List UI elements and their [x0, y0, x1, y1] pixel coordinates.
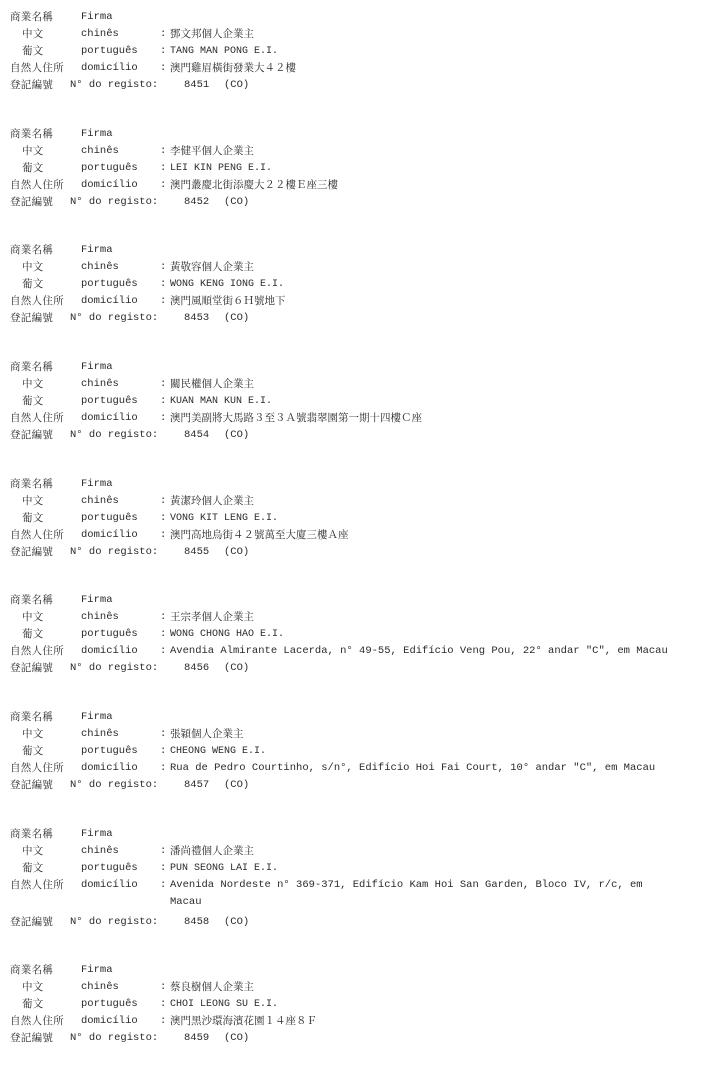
domicile-label-pt: domicílio	[81, 760, 138, 777]
domicile-address-continued: Macau	[170, 894, 202, 911]
registry-number: 8453	[184, 310, 209, 327]
registry-suffix: (CO)	[224, 194, 249, 211]
portuguese-label-pt: português	[81, 996, 138, 1013]
firm-label-zh: 商業名稱	[10, 592, 53, 609]
registry-label-zh: 登記編號	[10, 544, 53, 561]
colon: :	[160, 843, 166, 860]
portuguese-label-pt: português	[81, 743, 138, 760]
colon: :	[160, 743, 166, 760]
chinese-label-zh: 中文	[22, 726, 44, 743]
portuguese-label-zh: 葡文	[22, 626, 44, 643]
registry-number: 8454	[184, 427, 209, 444]
firm-label-zh: 商業名稱	[10, 476, 53, 493]
chinese-label-zh: 中文	[22, 843, 44, 860]
chinese-label-pt: chinês	[81, 259, 119, 276]
domicile-label-pt: domicílio	[81, 410, 138, 427]
domicile-address: Avenida Nordeste n° 369-371, Edifício Ka…	[170, 877, 643, 894]
registry-suffix: (CO)	[224, 660, 249, 677]
portuguese-label-pt: português	[81, 43, 138, 60]
registry-label-pt: N° do registo:	[70, 427, 158, 444]
registry-label-zh: 登記編號	[10, 660, 53, 677]
registry-label-zh: 登記編號	[10, 310, 53, 327]
portuguese-label-pt: português	[81, 860, 138, 877]
firm-label-zh: 商業名稱	[10, 709, 53, 726]
registry-number: 8459	[184, 1030, 209, 1047]
chinese-label-pt: chinês	[81, 493, 119, 510]
domicile-label-zh: 自然人住所	[10, 177, 64, 194]
registry-label-zh: 登記編號	[10, 914, 53, 931]
domicile-label-pt: domicílio	[81, 177, 138, 194]
domicile-label-zh: 自然人住所	[10, 527, 64, 544]
colon: :	[160, 996, 166, 1013]
domicile-label-pt: domicílio	[81, 60, 138, 77]
colon: :	[160, 979, 166, 996]
colon: :	[160, 760, 166, 777]
firm-label-zh: 商業名稱	[10, 9, 53, 26]
colon: :	[160, 43, 166, 60]
firm-name-chinese: 鄧文邦個人企業主	[170, 26, 254, 43]
registry-number: 8452	[184, 194, 209, 211]
colon: :	[160, 259, 166, 276]
firm-name-chinese: 張穎個人企業主	[170, 726, 244, 743]
firm-label-zh: 商業名稱	[10, 962, 53, 979]
firm-label-pt: Firma	[81, 126, 113, 143]
registry-suffix: (CO)	[224, 777, 249, 794]
portuguese-label-pt: português	[81, 393, 138, 410]
firm-name-portuguese: PUN SEONG LAI E.I.	[170, 860, 278, 877]
firm-label-zh: 商業名稱	[10, 242, 53, 259]
registry-label-zh: 登記編號	[10, 777, 53, 794]
registry-number: 8456	[184, 660, 209, 677]
domicile-label-pt: domicílio	[81, 293, 138, 310]
chinese-label-zh: 中文	[22, 26, 44, 43]
registry-label-pt: N° do registo:	[70, 777, 158, 794]
colon: :	[160, 393, 166, 410]
colon: :	[160, 643, 166, 660]
registry-suffix: (CO)	[224, 1030, 249, 1047]
registry-suffix: (CO)	[224, 310, 249, 327]
registry-label-zh: 登記編號	[10, 77, 53, 94]
firm-label-pt: Firma	[81, 592, 113, 609]
domicile-address: 澳門叢慶北街添慶大２２樓Ｅ座三樓	[170, 177, 338, 194]
colon: :	[160, 726, 166, 743]
portuguese-label-pt: português	[81, 626, 138, 643]
registry-label-zh: 登記編號	[10, 427, 53, 444]
portuguese-label-zh: 葡文	[22, 160, 44, 177]
colon: :	[160, 609, 166, 626]
domicile-label-zh: 自然人住所	[10, 877, 64, 894]
firm-name-chinese: 黃潔玲個人企業主	[170, 493, 254, 510]
firm-label-zh: 商業名稱	[10, 826, 53, 843]
colon: :	[160, 410, 166, 427]
firm-label-pt: Firma	[81, 709, 113, 726]
portuguese-label-zh: 葡文	[22, 43, 44, 60]
colon: :	[160, 860, 166, 877]
domicile-label-pt: domicílio	[81, 1013, 138, 1030]
portuguese-label-pt: português	[81, 510, 138, 527]
portuguese-label-zh: 葡文	[22, 996, 44, 1013]
portuguese-label-zh: 葡文	[22, 276, 44, 293]
domicile-label-zh: 自然人住所	[10, 1013, 64, 1030]
chinese-label-pt: chinês	[81, 979, 119, 996]
firm-name-portuguese: WONG CHONG HAO E.I.	[170, 626, 284, 643]
firm-name-portuguese: KUAN MAN KUN E.I.	[170, 393, 272, 410]
firm-label-zh: 商業名稱	[10, 359, 53, 376]
chinese-label-pt: chinês	[81, 726, 119, 743]
firm-name-chinese: 王宗孝個人企業主	[170, 609, 254, 626]
domicile-label-pt: domicílio	[81, 877, 138, 894]
firm-name-chinese: 關民權個人企業主	[170, 376, 254, 393]
domicile-address: 澳門黑沙環海濱花園１４座８Ｆ	[170, 1013, 317, 1030]
firm-name-chinese: 蔡良樹個人企業主	[170, 979, 254, 996]
domicile-label-zh: 自然人住所	[10, 410, 64, 427]
firm-label-zh: 商業名稱	[10, 126, 53, 143]
registry-suffix: (CO)	[224, 914, 249, 931]
portuguese-label-pt: português	[81, 276, 138, 293]
portuguese-label-pt: português	[81, 160, 138, 177]
colon: :	[160, 1013, 166, 1030]
firm-name-portuguese: CHOI LEONG SU E.I.	[170, 996, 278, 1013]
registry-number: 8451	[184, 77, 209, 94]
registry-label-pt: N° do registo:	[70, 1030, 158, 1047]
firm-name-portuguese: VONG KIT LENG E.I.	[170, 510, 278, 527]
colon: :	[160, 177, 166, 194]
chinese-label-zh: 中文	[22, 259, 44, 276]
chinese-label-pt: chinês	[81, 843, 119, 860]
chinese-label-pt: chinês	[81, 609, 119, 626]
registry-suffix: (CO)	[224, 544, 249, 561]
colon: :	[160, 626, 166, 643]
portuguese-label-zh: 葡文	[22, 510, 44, 527]
firm-label-pt: Firma	[81, 242, 113, 259]
registry-number: 8458	[184, 914, 209, 931]
firm-name-portuguese: LEI KIN PENG E.I.	[170, 160, 272, 177]
chinese-label-pt: chinês	[81, 26, 119, 43]
chinese-label-pt: chinês	[81, 143, 119, 160]
firm-name-chinese: 黃敬容個人企業主	[170, 259, 254, 276]
registry-label-pt: N° do registo:	[70, 77, 158, 94]
registry-label-pt: N° do registo:	[70, 544, 158, 561]
domicile-label-pt: domicílio	[81, 527, 138, 544]
domicile-address: 澳門高地烏街４２號萬至大廈三樓Ａ座	[170, 527, 349, 544]
portuguese-label-zh: 葡文	[22, 860, 44, 877]
colon: :	[160, 26, 166, 43]
colon: :	[160, 527, 166, 544]
domicile-label-zh: 自然人住所	[10, 643, 64, 660]
colon: :	[160, 143, 166, 160]
domicile-label-pt: domicílio	[81, 643, 138, 660]
colon: :	[160, 276, 166, 293]
domicile-label-zh: 自然人住所	[10, 60, 64, 77]
registry-suffix: (CO)	[224, 77, 249, 94]
chinese-label-zh: 中文	[22, 376, 44, 393]
colon: :	[160, 510, 166, 527]
registry-label-zh: 登記編號	[10, 194, 53, 211]
portuguese-label-zh: 葡文	[22, 393, 44, 410]
domicile-address: Rua de Pedro Courtinho, s/n°, Edifício H…	[170, 760, 655, 777]
colon: :	[160, 293, 166, 310]
domicile-label-zh: 自然人住所	[10, 293, 64, 310]
colon: :	[160, 160, 166, 177]
firm-label-pt: Firma	[81, 359, 113, 376]
registry-label-pt: N° do registo:	[70, 914, 158, 931]
domicile-address: Avendia Almirante Lacerda, n° 49-55, Edi…	[170, 643, 668, 660]
firm-label-pt: Firma	[81, 962, 113, 979]
firm-name-portuguese: CHEONG WENG E.I.	[170, 743, 266, 760]
domicile-address: 澳門風順堂街６Ｈ號地下	[170, 293, 286, 310]
domicile-address: 澳門美副將大馬路３至３Ａ號翡翠園第一期十四樓Ｃ座	[170, 410, 422, 427]
colon: :	[160, 493, 166, 510]
firm-name-chinese: 李健平個人企業主	[170, 143, 254, 160]
registry-label-pt: N° do registo:	[70, 660, 158, 677]
registry-number: 8457	[184, 777, 209, 794]
firm-name-portuguese: WONG KENG IONG E.I.	[170, 276, 284, 293]
registry-label-zh: 登記編號	[10, 1030, 53, 1047]
firm-label-pt: Firma	[81, 476, 113, 493]
firm-label-pt: Firma	[81, 826, 113, 843]
firm-name-chinese: 潘尚禮個人企業主	[170, 843, 254, 860]
domicile-label-zh: 自然人住所	[10, 760, 64, 777]
chinese-label-zh: 中文	[22, 493, 44, 510]
colon: :	[160, 60, 166, 77]
registry-label-pt: N° do registo:	[70, 194, 158, 211]
colon: :	[160, 376, 166, 393]
firm-name-portuguese: TANG MAN PONG E.I.	[170, 43, 278, 60]
chinese-label-pt: chinês	[81, 376, 119, 393]
colon: :	[160, 877, 166, 894]
registry-label-pt: N° do registo:	[70, 310, 158, 327]
chinese-label-zh: 中文	[22, 143, 44, 160]
chinese-label-zh: 中文	[22, 979, 44, 996]
domicile-address: 澳門雞眉橫街發業大４２樓	[170, 60, 296, 77]
firm-label-pt: Firma	[81, 9, 113, 26]
registry-number: 8455	[184, 544, 209, 561]
registry-suffix: (CO)	[224, 427, 249, 444]
chinese-label-zh: 中文	[22, 609, 44, 626]
portuguese-label-zh: 葡文	[22, 743, 44, 760]
